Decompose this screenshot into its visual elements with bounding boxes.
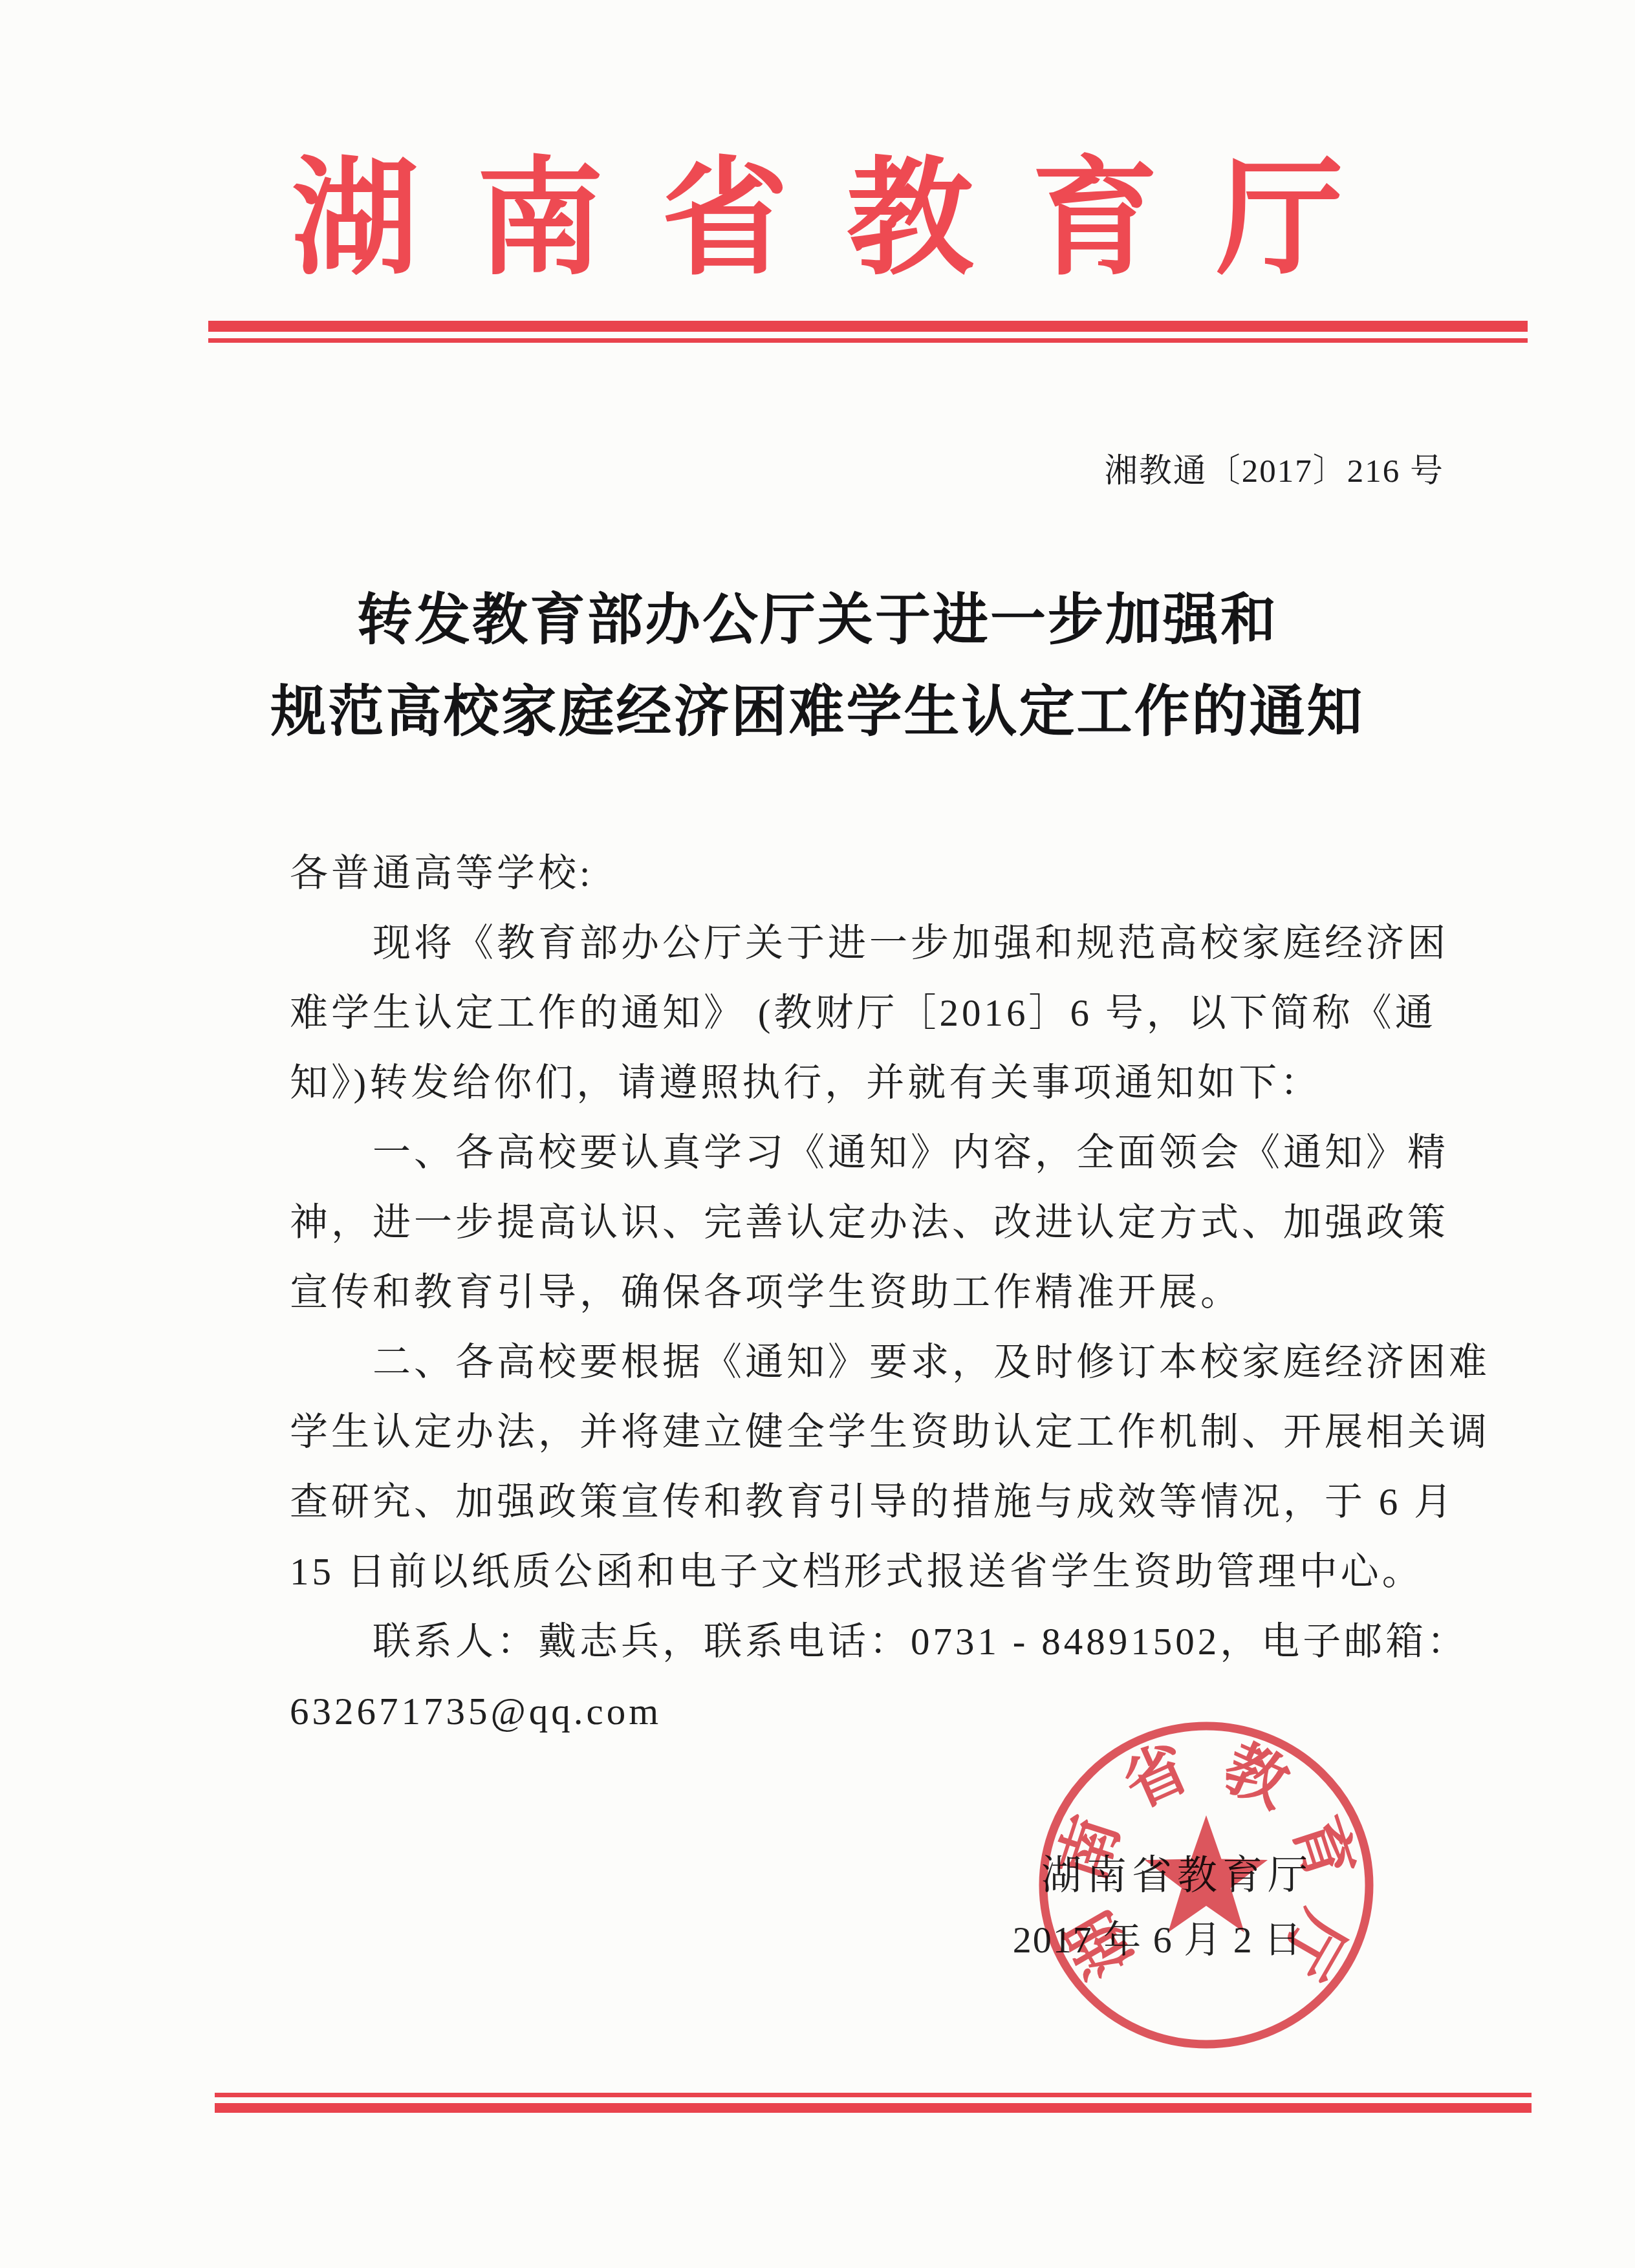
body-line: 15 日前以纸质公函和电子文档形式报送省学生资助管理中心。 [290,1537,1485,1606]
seal-star-icon [1145,1815,1268,1932]
rule-thin-bar [215,2093,1532,2097]
rule-thin-bar [208,338,1528,343]
body-line: 现将《教育部办公厅关于进一步加强和规范高校家庭经济困 [290,908,1485,978]
title-line-2: 规范高校家庭经济困难学生认定工作的通知 [0,666,1635,758]
header-double-rule [208,321,1528,343]
document-number: 湘教通〔2017〕216 号 [1105,444,1444,491]
rule-gap [215,2097,1532,2103]
body-line: 难学生认定工作的通知》 (教财厅［2016］6 号，以下简称《通 [290,978,1485,1048]
agency-masthead: 湖南省教育厅 [0,150,1635,290]
body-line: 二、各高校要根据《通知》要求，及时修订本校家庭经济困难 [290,1327,1485,1397]
rule-thick-bar [208,321,1528,332]
scanned-official-document: 湖南省教育厅 湘教通〔2017〕216 号 转发教育部办公厅关于进一步加强和 规… [0,0,1635,2268]
document-body: 各普通高等学校: 现将《教育部办公厅关于进一步加强和规范高校家庭经济困难学生认定… [290,838,1485,1746]
body-line: 一、各高校要认真学习《通知》内容，全面领会《通知》精 [290,1118,1485,1187]
footer-double-rule [215,2093,1532,2113]
body-line: 知》)转发给你们，请遵照执行，并就有关事项通知如下： [290,1048,1485,1118]
body-line: 学生认定办法，并将建立健全学生资助认定工作机制、开展相关调 [290,1397,1485,1467]
body-line: 宣传和教育引导，确保各项学生资助工作精准开展。 [290,1257,1485,1327]
rule-thick-bar [215,2103,1532,2113]
title-line-1: 转发教育部办公厅关于进一步加强和 [0,574,1635,666]
salutation: 各普通高等学校: [290,838,1485,908]
body-line: 联系人：戴志兵，联系电话：0731 - 84891502，电子邮箱： [290,1606,1485,1676]
document-title: 转发教育部办公厅关于进一步加强和 规范高校家庭经济困难学生认定工作的通知 [0,574,1635,758]
official-seal: 湖 南 省 教 育 厅 [1025,1704,1387,2066]
rule-gap [208,332,1528,338]
agency-name: 湖南省教育厅 [292,150,1402,290]
body-line: 查研究、加强政策宣传和教育引导的措施与成效等情况，于 6 月 [290,1467,1485,1537]
body-line: 神，进一步提高认识、完善认定办法、改进认定方式、加强政策 [290,1187,1485,1257]
body-lines: 现将《教育部办公厅关于进一步加强和规范高校家庭经济困难学生认定工作的通知》 (教… [290,908,1485,1746]
